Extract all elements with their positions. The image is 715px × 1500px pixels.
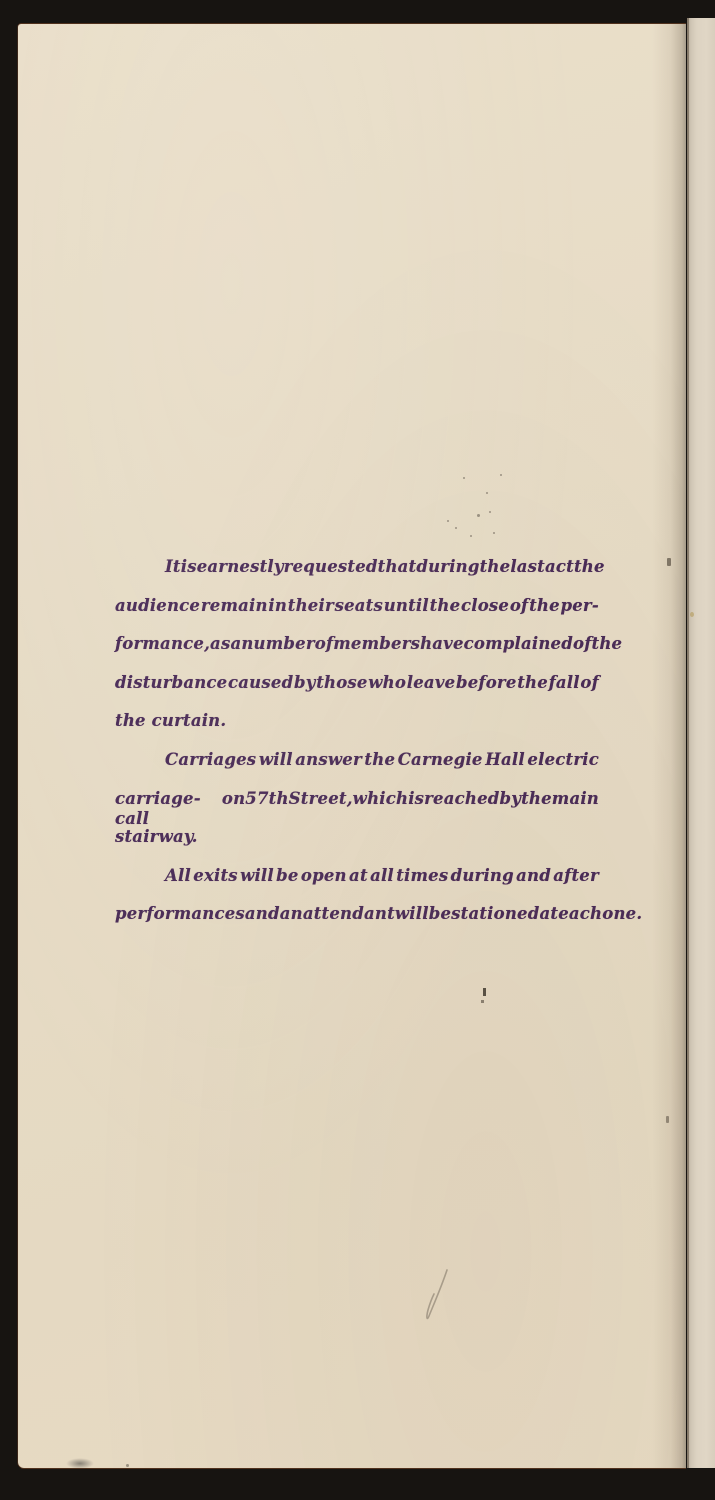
- pencil-speck: [493, 532, 495, 534]
- pencil-mark: [481, 1000, 484, 1003]
- pencil-speck: [455, 527, 457, 529]
- page-fold-shadow: [652, 24, 686, 1468]
- text-line: Allexitswillbeopenatalltimesduringandaft…: [115, 866, 599, 905]
- text-line: CarriageswillanswertheCarnegieHallelectr…: [115, 750, 599, 789]
- edge-smudge: [66, 1458, 94, 1469]
- adjacent-page-edge: [687, 18, 715, 1468]
- text-line: stairway.: [115, 827, 599, 866]
- program-page: Itisearnestlyrequestedthatduringthelasta…: [18, 24, 686, 1468]
- top-right-background-corner: [687, 0, 715, 18]
- paper-stain: [690, 612, 694, 617]
- pencil-speck: [126, 1464, 129, 1467]
- text-line: disturbancecausedbythosewholeavebeforeth…: [115, 673, 599, 712]
- pencil-speck: [477, 514, 480, 517]
- page-edge-line: [687, 18, 689, 1468]
- pencil-mark: [483, 988, 486, 996]
- text-line: audienceremainintheirseatsuntilthecloseo…: [115, 596, 599, 635]
- text-line: performancesandanattendantwillbestatione…: [115, 904, 599, 943]
- pencil-speck: [500, 474, 502, 476]
- scanner-background: Itisearnestlyrequestedthatduringthelasta…: [0, 0, 715, 1500]
- pencil-speck: [447, 520, 449, 522]
- notice-text: Itisearnestlyrequestedthatduringthelasta…: [115, 557, 599, 943]
- pencil-speck: [470, 535, 472, 537]
- pencil-speck: [489, 511, 491, 513]
- pencil-speck: [486, 492, 488, 494]
- pencil-stroke: [408, 1262, 468, 1332]
- text-line: carriage-callon57thStreet,whichisreached…: [115, 789, 599, 828]
- pencil-mark: [667, 558, 671, 566]
- pencil-speck: [463, 477, 465, 479]
- text-line: the curtain.: [115, 711, 599, 750]
- text-line: Itisearnestlyrequestedthatduringthelasta…: [115, 557, 599, 596]
- pencil-mark: [666, 1116, 669, 1123]
- text-line: formance,asanumberofmembershavecomplaine…: [115, 634, 599, 673]
